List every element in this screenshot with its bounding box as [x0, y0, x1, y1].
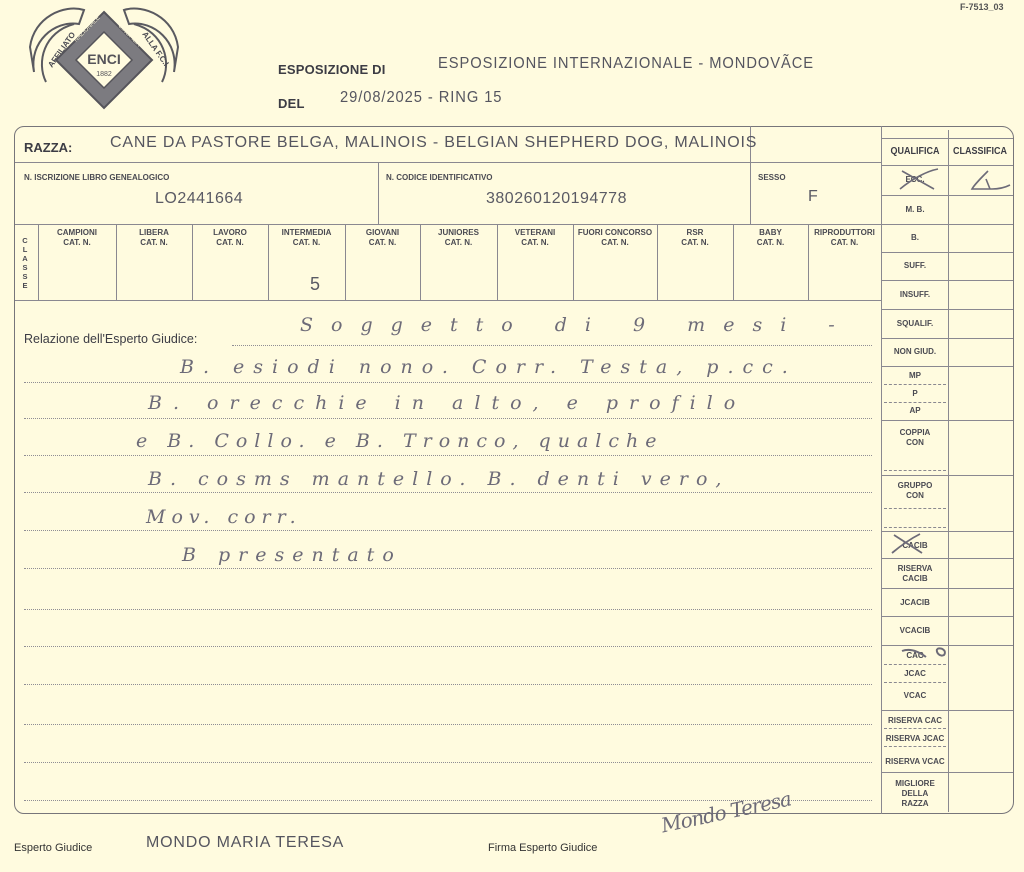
relazione-label: Relazione dell'Esperto Giudice:	[24, 332, 197, 346]
award-ap[interactable]: AP	[882, 406, 948, 416]
award-riserva-cac[interactable]: RISERVA CAC	[882, 716, 948, 726]
class-campioni[interactable]: CAMPIONICAT. N.	[38, 228, 116, 248]
qualifica-squalif[interactable]: SQUALIF.	[882, 319, 948, 329]
award-riserva-vcac[interactable]: RISERVA VCAC	[882, 757, 948, 767]
award-migliore-della-razza[interactable]: MIGLIORE DELLA RAZZA	[882, 779, 948, 809]
award-p[interactable]: P	[882, 389, 948, 399]
class-baby[interactable]: BABYCAT. N.	[733, 228, 808, 248]
libro-label: N. ISCRIZIONE LIBRO GENEALOGICO	[24, 173, 169, 182]
svg-text:1882: 1882	[96, 71, 112, 78]
report-line-5: B. cosms mantello. B. denti vero,	[148, 468, 729, 490]
esposizione-value: ESPOSIZIONE INTERNAZIONALE - MONDOVÃCE	[438, 55, 814, 73]
award-jcac[interactable]: JCAC	[882, 669, 948, 679]
qualifica-suff[interactable]: SUFF.	[882, 261, 948, 271]
class-intermedia[interactable]: INTERMEDIACAT. N.	[268, 228, 345, 248]
esperto-label: Esperto Giudice	[14, 842, 92, 854]
razza-label: RAZZA:	[24, 140, 72, 155]
report-line-2: B. esiodi nono. Corr. Testa, p.cc.	[180, 356, 797, 378]
award-vcac[interactable]: VCAC	[882, 691, 948, 701]
form-code: F-7513_03	[960, 2, 1004, 12]
award-coppia-con[interactable]: COPPIA CON	[882, 428, 948, 448]
report-line-6: Mov. corr.	[146, 506, 302, 528]
class-fuori-concorso[interactable]: FUORI CONCORSOCAT. N.	[573, 228, 657, 248]
sesso-label: SESSO	[758, 173, 786, 182]
class-juniores[interactable]: JUNIORESCAT. N.	[420, 228, 497, 248]
cacib-cross-mark-icon	[882, 531, 948, 558]
sesso-value: F	[808, 188, 818, 206]
award-mp[interactable]: MP	[882, 371, 948, 381]
codice-value: 380260120194778	[486, 190, 627, 208]
enci-logo-icon: AFFILIATO ALLA F.C.I. ENCI 1882 NAZIONAL…	[24, 2, 184, 114]
report-line-3: B. orecchie in alto, e profilo	[148, 392, 746, 414]
cac-scribble-mark-icon	[882, 645, 952, 665]
class-veterani[interactable]: VETERANICAT. N.	[497, 228, 573, 248]
qualifica-b[interactable]: B.	[882, 233, 948, 243]
class-riproduttori[interactable]: RIPRODUTTORICAT. N.	[808, 228, 881, 248]
report-line-1: Soggetto di 9 mesi -	[300, 314, 853, 336]
award-riserva-cacib[interactable]: RISERVA CACIB	[882, 564, 948, 584]
libro-value: LO2441664	[155, 190, 243, 208]
esperto-name: MONDO MARIA TERESA	[146, 834, 344, 852]
qualifica-non-giud[interactable]: NON GIUD.	[882, 347, 948, 357]
qualifica-mb[interactable]: M. B.	[882, 205, 948, 215]
class-libera[interactable]: LIBERACAT. N.	[116, 228, 192, 248]
intermedia-cat-number: 5	[310, 274, 321, 295]
codice-label: N. CODICE IDENTIFICATIVO	[386, 173, 493, 182]
classe-label: CLASSE	[19, 236, 31, 290]
razza-value: CANE DA PASTORE BELGA, MALINOIS - BELGIA…	[110, 134, 757, 152]
classifica-header: CLASSIFICA	[949, 146, 1010, 157]
award-riserva-jcac[interactable]: RISERVA JCAC	[882, 734, 948, 744]
award-gruppo-con[interactable]: GRUPPO CON	[882, 481, 948, 501]
award-vcacib[interactable]: VCACIB	[882, 626, 948, 636]
report-line-7: B presentato	[182, 544, 402, 566]
qualifica-header: QUALIFICA	[885, 146, 944, 157]
qualifica-insuff[interactable]: INSUFF.	[882, 290, 948, 300]
esposizione-label: ESPOSIZIONE DI	[278, 62, 386, 77]
del-value: 29/08/2025 - RING 15	[340, 89, 502, 107]
del-label: DEL	[278, 96, 305, 111]
class-lavoro[interactable]: LAVOROCAT. N.	[192, 228, 268, 248]
class-giovani[interactable]: GIOVANICAT. N.	[345, 228, 420, 248]
firma-label: Firma Esperto Giudice	[488, 842, 597, 854]
report-line-4: e B. Collo. e B. Tronco, qualche	[136, 430, 663, 452]
class-rsr[interactable]: RSRCAT. N.	[657, 228, 733, 248]
svg-text:ENCI: ENCI	[87, 51, 120, 67]
award-jcacib[interactable]: JCACIB	[882, 598, 948, 608]
